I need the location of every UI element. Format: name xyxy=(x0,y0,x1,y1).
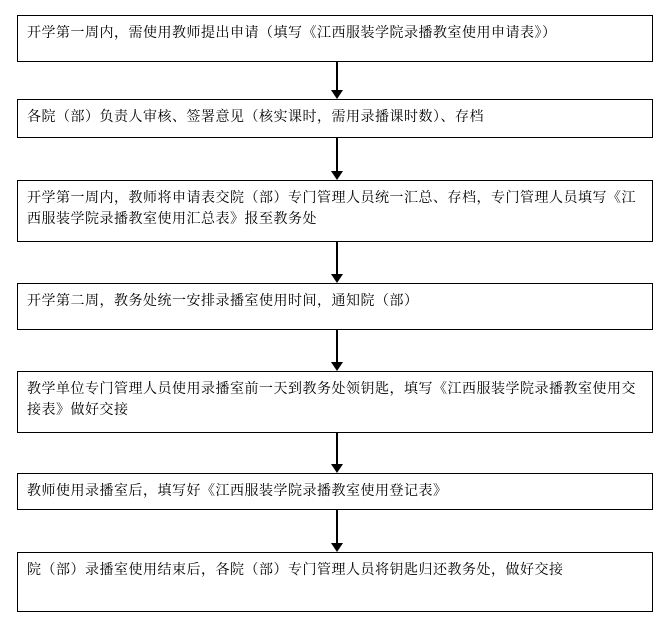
arrow-shaft xyxy=(336,62,338,90)
arrow-shaft xyxy=(336,138,338,171)
flow-step-1-apply: 开学第一周内，需使用教师提出申请（填写《江西服装学院录播教室使用申请表》） xyxy=(17,15,653,62)
arrow-shaft xyxy=(336,330,338,362)
flow-connector-3 xyxy=(331,242,343,283)
flow-step-2-review: 各院（部）负责人审核、签署意见（核实课时，需用录播课时数）、存档 xyxy=(17,99,653,138)
flow-step-5-text: 教学单位专门管理人员使用录播室前一天到教务处领钥匙，填写《江西服装学院录播教室使… xyxy=(27,379,644,421)
flow-step-4-schedule: 开学第二周，教务处统一安排录播室使用时间，通知院（部） xyxy=(17,283,653,330)
arrow-shaft xyxy=(336,433,338,464)
flow-step-7-return-key: 院（部）录播室使用结束后，各院（部）专门管理人员将钥匙归还教务处，做好交接 xyxy=(17,552,653,612)
flow-step-7-text: 院（部）录播室使用结束后，各院（部）专门管理人员将钥匙归还教务处，做好交接 xyxy=(27,560,644,581)
down-arrow-icon xyxy=(331,543,343,552)
flow-step-2-text: 各院（部）负责人审核、签署意见（核实课时，需用录播课时数）、存档 xyxy=(27,107,644,128)
down-arrow-icon xyxy=(331,90,343,99)
flow-connector-4 xyxy=(331,330,343,371)
flow-step-4-text: 开学第二周，教务处统一安排录播室使用时间，通知院（部） xyxy=(27,291,644,312)
down-arrow-icon xyxy=(331,274,343,283)
flow-connector-1 xyxy=(331,62,343,99)
flow-step-3-text: 开学第一周内，教师将申请表交院（部）专门管理人员统一汇总、存档，专门管理人员填写… xyxy=(27,188,644,230)
flow-connector-2 xyxy=(331,138,343,180)
flow-step-5-get-key: 教学单位专门管理人员使用录播室前一天到教务处领钥匙，填写《江西服装学院录播教室使… xyxy=(17,371,653,433)
flow-connector-6 xyxy=(331,510,343,552)
flow-step-3-summarize: 开学第一周内，教师将申请表交院（部）专门管理人员统一汇总、存档，专门管理人员填写… xyxy=(17,180,653,242)
down-arrow-icon xyxy=(331,464,343,473)
flow-step-6-text: 教师使用录播室后，填写好《江西服装学院录播教室使用登记表》 xyxy=(27,481,644,502)
down-arrow-icon xyxy=(331,362,343,371)
down-arrow-icon xyxy=(331,171,343,180)
flow-step-1-text: 开学第一周内，需使用教师提出申请（填写《江西服装学院录播教室使用申请表》） xyxy=(27,23,644,44)
flow-connector-5 xyxy=(331,433,343,473)
flowchart-canvas: 开学第一周内，需使用教师提出申请（填写《江西服装学院录播教室使用申请表》） 各院… xyxy=(0,0,671,626)
arrow-shaft xyxy=(336,510,338,543)
arrow-shaft xyxy=(336,242,338,274)
flow-step-6-register: 教师使用录播室后，填写好《江西服装学院录播教室使用登记表》 xyxy=(17,473,653,510)
